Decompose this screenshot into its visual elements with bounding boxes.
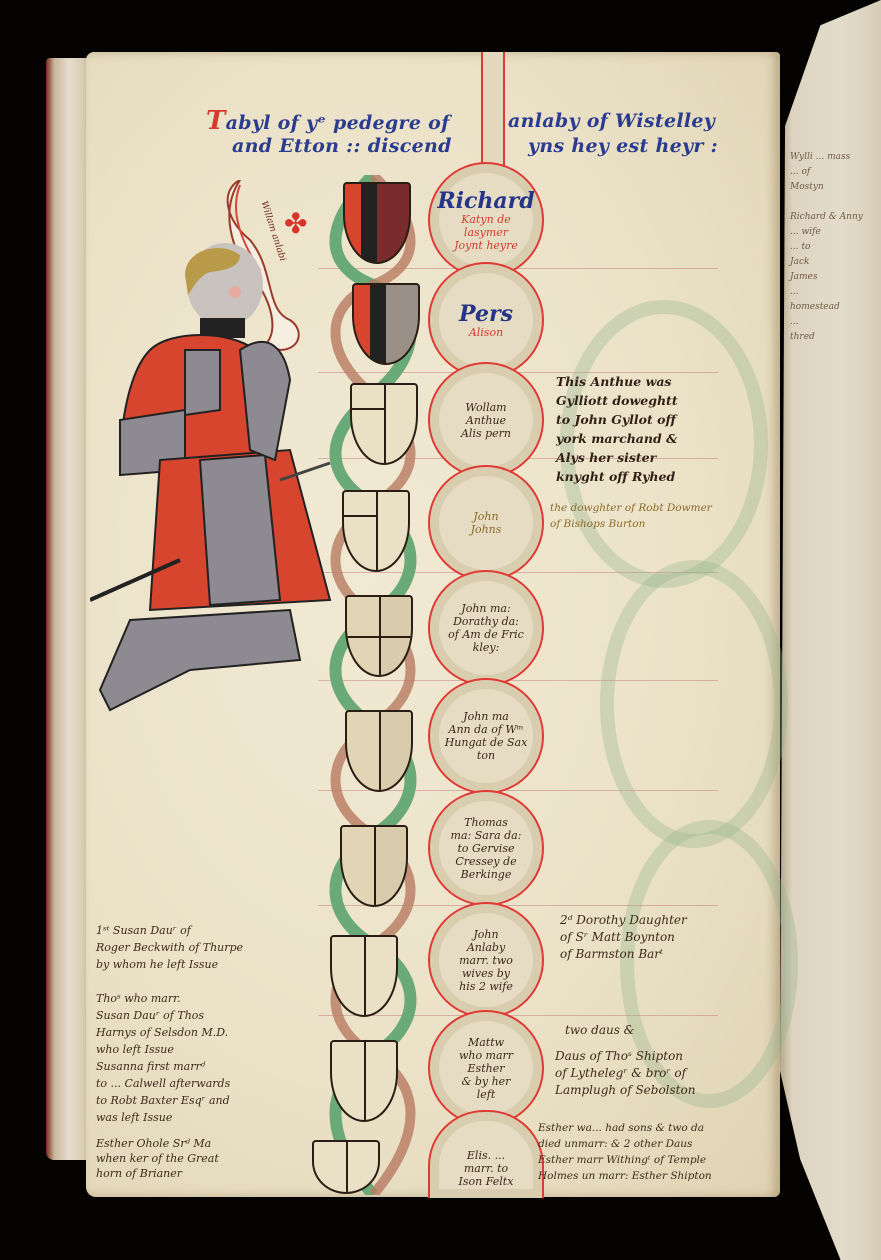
roundel-line: Thomas	[464, 816, 508, 829]
roundel-line: of Am de Fric	[448, 628, 524, 641]
roundel-line: left	[477, 1088, 496, 1101]
roundel-extra: Joynt heyre	[454, 239, 518, 252]
roundel-line: who marr	[459, 1049, 513, 1062]
note-two-daughters: two daus &	[565, 1022, 634, 1039]
kneeling-knight-illustration	[90, 180, 350, 720]
roundel-line: Esther	[468, 1062, 505, 1075]
show-through-vine	[600, 560, 788, 848]
rubric-initial: T	[206, 106, 226, 136]
note-shipton: Daus of Thoˢ Shipton of Lythelegʳ & broʳ…	[555, 1048, 695, 1099]
roundel-line: marr. to	[464, 1162, 508, 1175]
roundel-line: Wollam	[465, 401, 506, 414]
roundel-line: Anlaby	[467, 941, 505, 954]
roundel-generation-5: John ma: Dorathy da: of Am de Fric kley:	[428, 570, 544, 686]
roundel-line: Dorathy da:	[453, 615, 519, 628]
note-dowmer-bishops-burton: the dowghter of Robt Dowmer of Bishops B…	[550, 500, 712, 532]
note-facing-page-margin: Wylli ... mass ... of Mostyn Richard & A…	[790, 150, 863, 345]
title-line-1: Tabyl of yᵉ pedegre of	[206, 110, 450, 134]
roundel-line: John ma	[463, 710, 509, 723]
roundel-name: Pers	[459, 302, 513, 326]
roundel-line: & by her	[462, 1075, 511, 1088]
roundel-line: his 2 wife	[459, 980, 513, 993]
roundel-line: John	[473, 510, 498, 523]
roundel-line: Anthue	[466, 414, 506, 427]
note-footer-left: Esther Ohole Srᵈ Ma when ker of the Grea…	[96, 1136, 219, 1181]
note-susan-beckwith: 1ˢᵗ Susan Dauʳ of Roger Beckwith of Thur…	[96, 922, 243, 1126]
title-line-2: and Etton :: discend	[232, 135, 452, 157]
roundel-line: to Gervise	[458, 842, 515, 855]
roundel-generation-3: Wollam Anthue Alis pern	[428, 362, 544, 478]
roundel-generation-8: John Anlaby marr. two wives by his 2 wif…	[428, 902, 544, 1018]
title-line-2-right: yns hey est heyr :	[528, 135, 718, 157]
title-line-1-right: anlaby of Wistelley	[508, 110, 715, 132]
roundel-generation-7: Thomas ma: Sara da: to Gervise Cressey d…	[428, 790, 544, 906]
roundel-spouse: Alison	[469, 326, 503, 339]
roundel-line: Johns	[471, 523, 502, 536]
roundel-line: John	[473, 928, 498, 941]
roundel-line: ma: Sara da:	[451, 829, 522, 842]
roundel-line: ton	[477, 749, 495, 762]
roundel-line: Cressey de	[455, 855, 516, 868]
roundel-pers: Pers Alison	[428, 262, 544, 378]
roundel-generation-6: John ma Ann da of Wᵐ Hungat de Sax ton	[428, 678, 544, 794]
roundel-chain-stem	[481, 52, 505, 172]
roundel-line: Mattw	[468, 1036, 504, 1049]
note-esther-issue: Esther wa... had sons & two da died unma…	[538, 1120, 712, 1184]
roundel-line: Ison Feltx	[459, 1175, 514, 1188]
roundel-generation-9: Mattw who marr Esther & by her left	[428, 1010, 544, 1126]
roundel-line: Berkinge	[461, 868, 512, 881]
note-anthue-gyllott: This Anthue was Gylliott doweghtt to Joh…	[556, 372, 678, 486]
roundel-line: wives by	[462, 967, 510, 980]
roundel-generation-4: John Johns	[428, 465, 544, 581]
roundel-spouse: Katyn de lasymer	[444, 213, 528, 239]
red-cross-flory-icon: ✤	[284, 210, 307, 238]
roundel-line: marr. two	[459, 954, 513, 967]
roundel-line: Hungat de Sax	[445, 736, 528, 749]
roundel-line: Ann da of Wᵐ	[449, 723, 524, 736]
roundel-name: Richard	[437, 189, 534, 213]
roundel-line: Elis. ...	[467, 1149, 505, 1162]
roundel-line: kley:	[473, 641, 500, 654]
roundel-line: John ma:	[461, 602, 510, 615]
title-text-1: abyl of yᵉ pedegre of	[226, 112, 450, 134]
note-dorothy-boynton: 2ᵈ Dorothy Daughter of Sʳ Matt Boynton o…	[560, 912, 687, 963]
roundel-richard: Richard Katyn de lasymer Joynt heyre	[428, 162, 544, 278]
roundel-line: Alis pern	[461, 427, 511, 440]
